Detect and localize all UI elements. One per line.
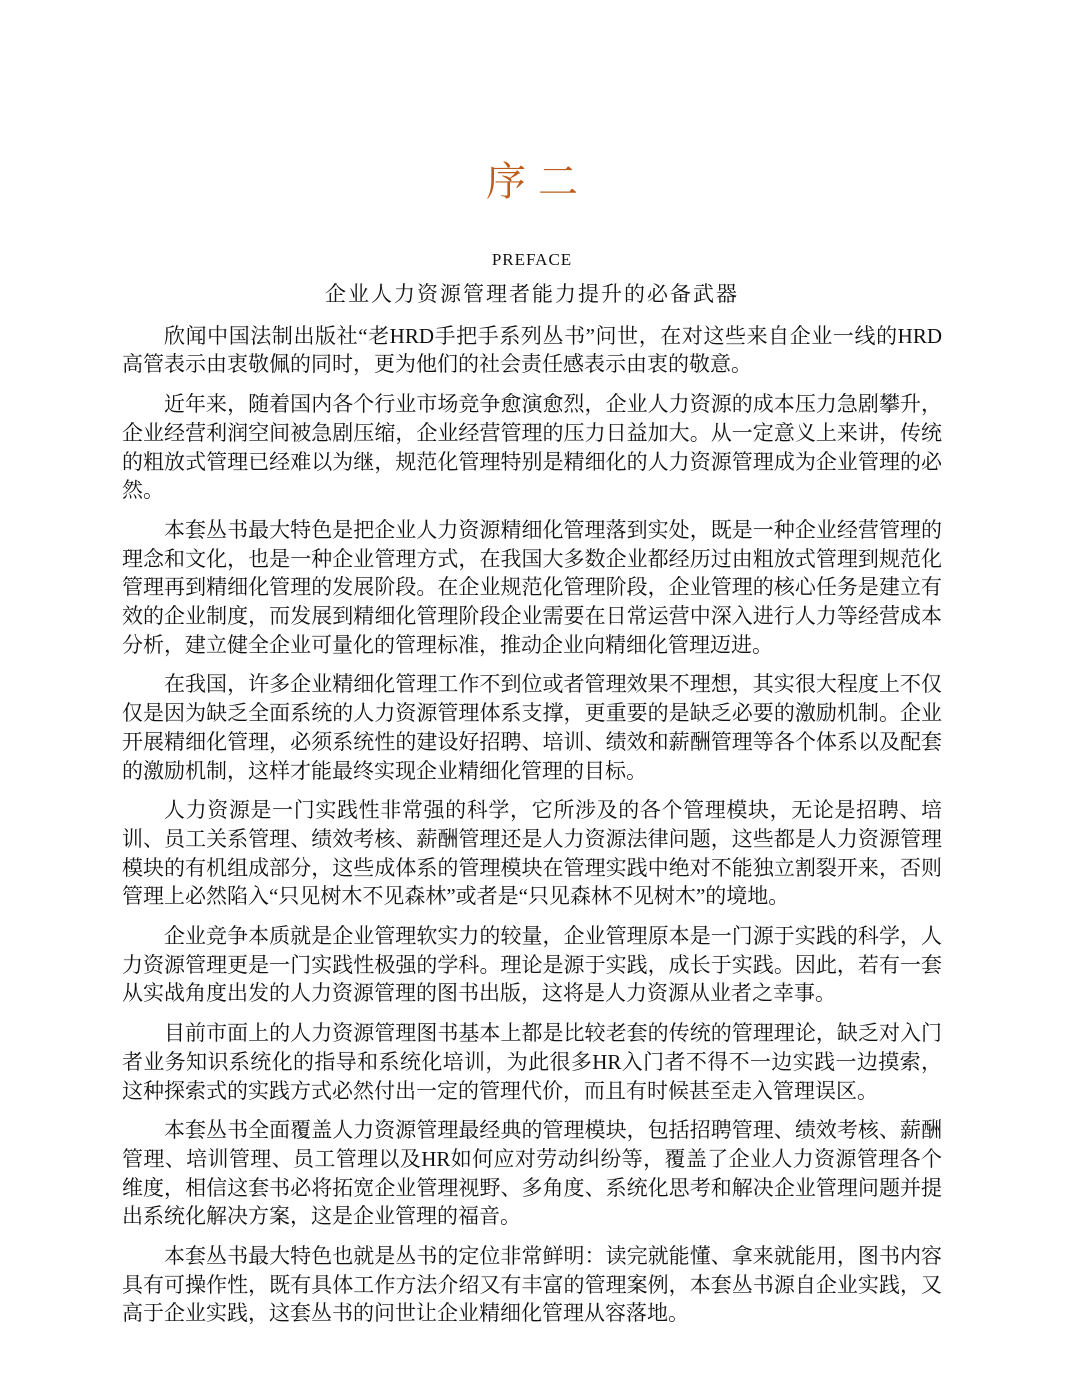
paragraph: 本套丛书最大特色也就是丛书的定位非常鲜明：读完就能懂、拿来就能用，图书内容具有可… [122,1242,942,1328]
page-title: 序二 [122,160,942,204]
paragraph: 近年来，随着国内各个行业市场竞争愈演愈烈，企业人力资源的成本压力急剧攀升，企业经… [122,390,942,505]
paragraph: 在我国，许多企业精细化管理工作不到位或者管理效果不理想，其实很大程度上不仅仅是因… [122,670,942,785]
paragraph: 目前市面上的人力资源管理图书基本上都是比较老套的传统的管理理论，缺乏对入门者业务… [122,1019,942,1105]
body-paragraphs: 欣闻中国法制出版社“老HRD手把手系列丛书”问世，在对这些来自企业一线的HRD高… [122,322,942,1329]
page-content: 序二 PREFACE 企业人力资源管理者能力提升的必备武器 欣闻中国法制出版社“… [122,0,942,1339]
preface-label: PREFACE [122,250,942,270]
paragraph: 欣闻中国法制出版社“老HRD手把手系列丛书”问世，在对这些来自企业一线的HRD高… [122,322,942,379]
paragraph: 本套丛书全面覆盖人力资源管理最经典的管理模块，包括招聘管理、绩效考核、薪酬管理、… [122,1116,942,1231]
paragraph: 本套丛书最大特色是把企业人力资源精细化管理落到实处，既是一种企业经营管理的理念和… [122,516,942,660]
paragraph: 人力资源是一门实践性非常强的科学，它所涉及的各个管理模块，无论是招聘、培训、员工… [122,796,942,911]
paragraph: 企业竞争本质就是企业管理软实力的较量，企业管理原本是一门源于实践的科学，人力资源… [122,922,942,1008]
document-page: 序二 PREFACE 企业人力资源管理者能力提升的必备武器 欣闻中国法制出版社“… [0,0,1065,1378]
page-subtitle: 企业人力资源管理者能力提升的必备武器 [122,281,942,308]
